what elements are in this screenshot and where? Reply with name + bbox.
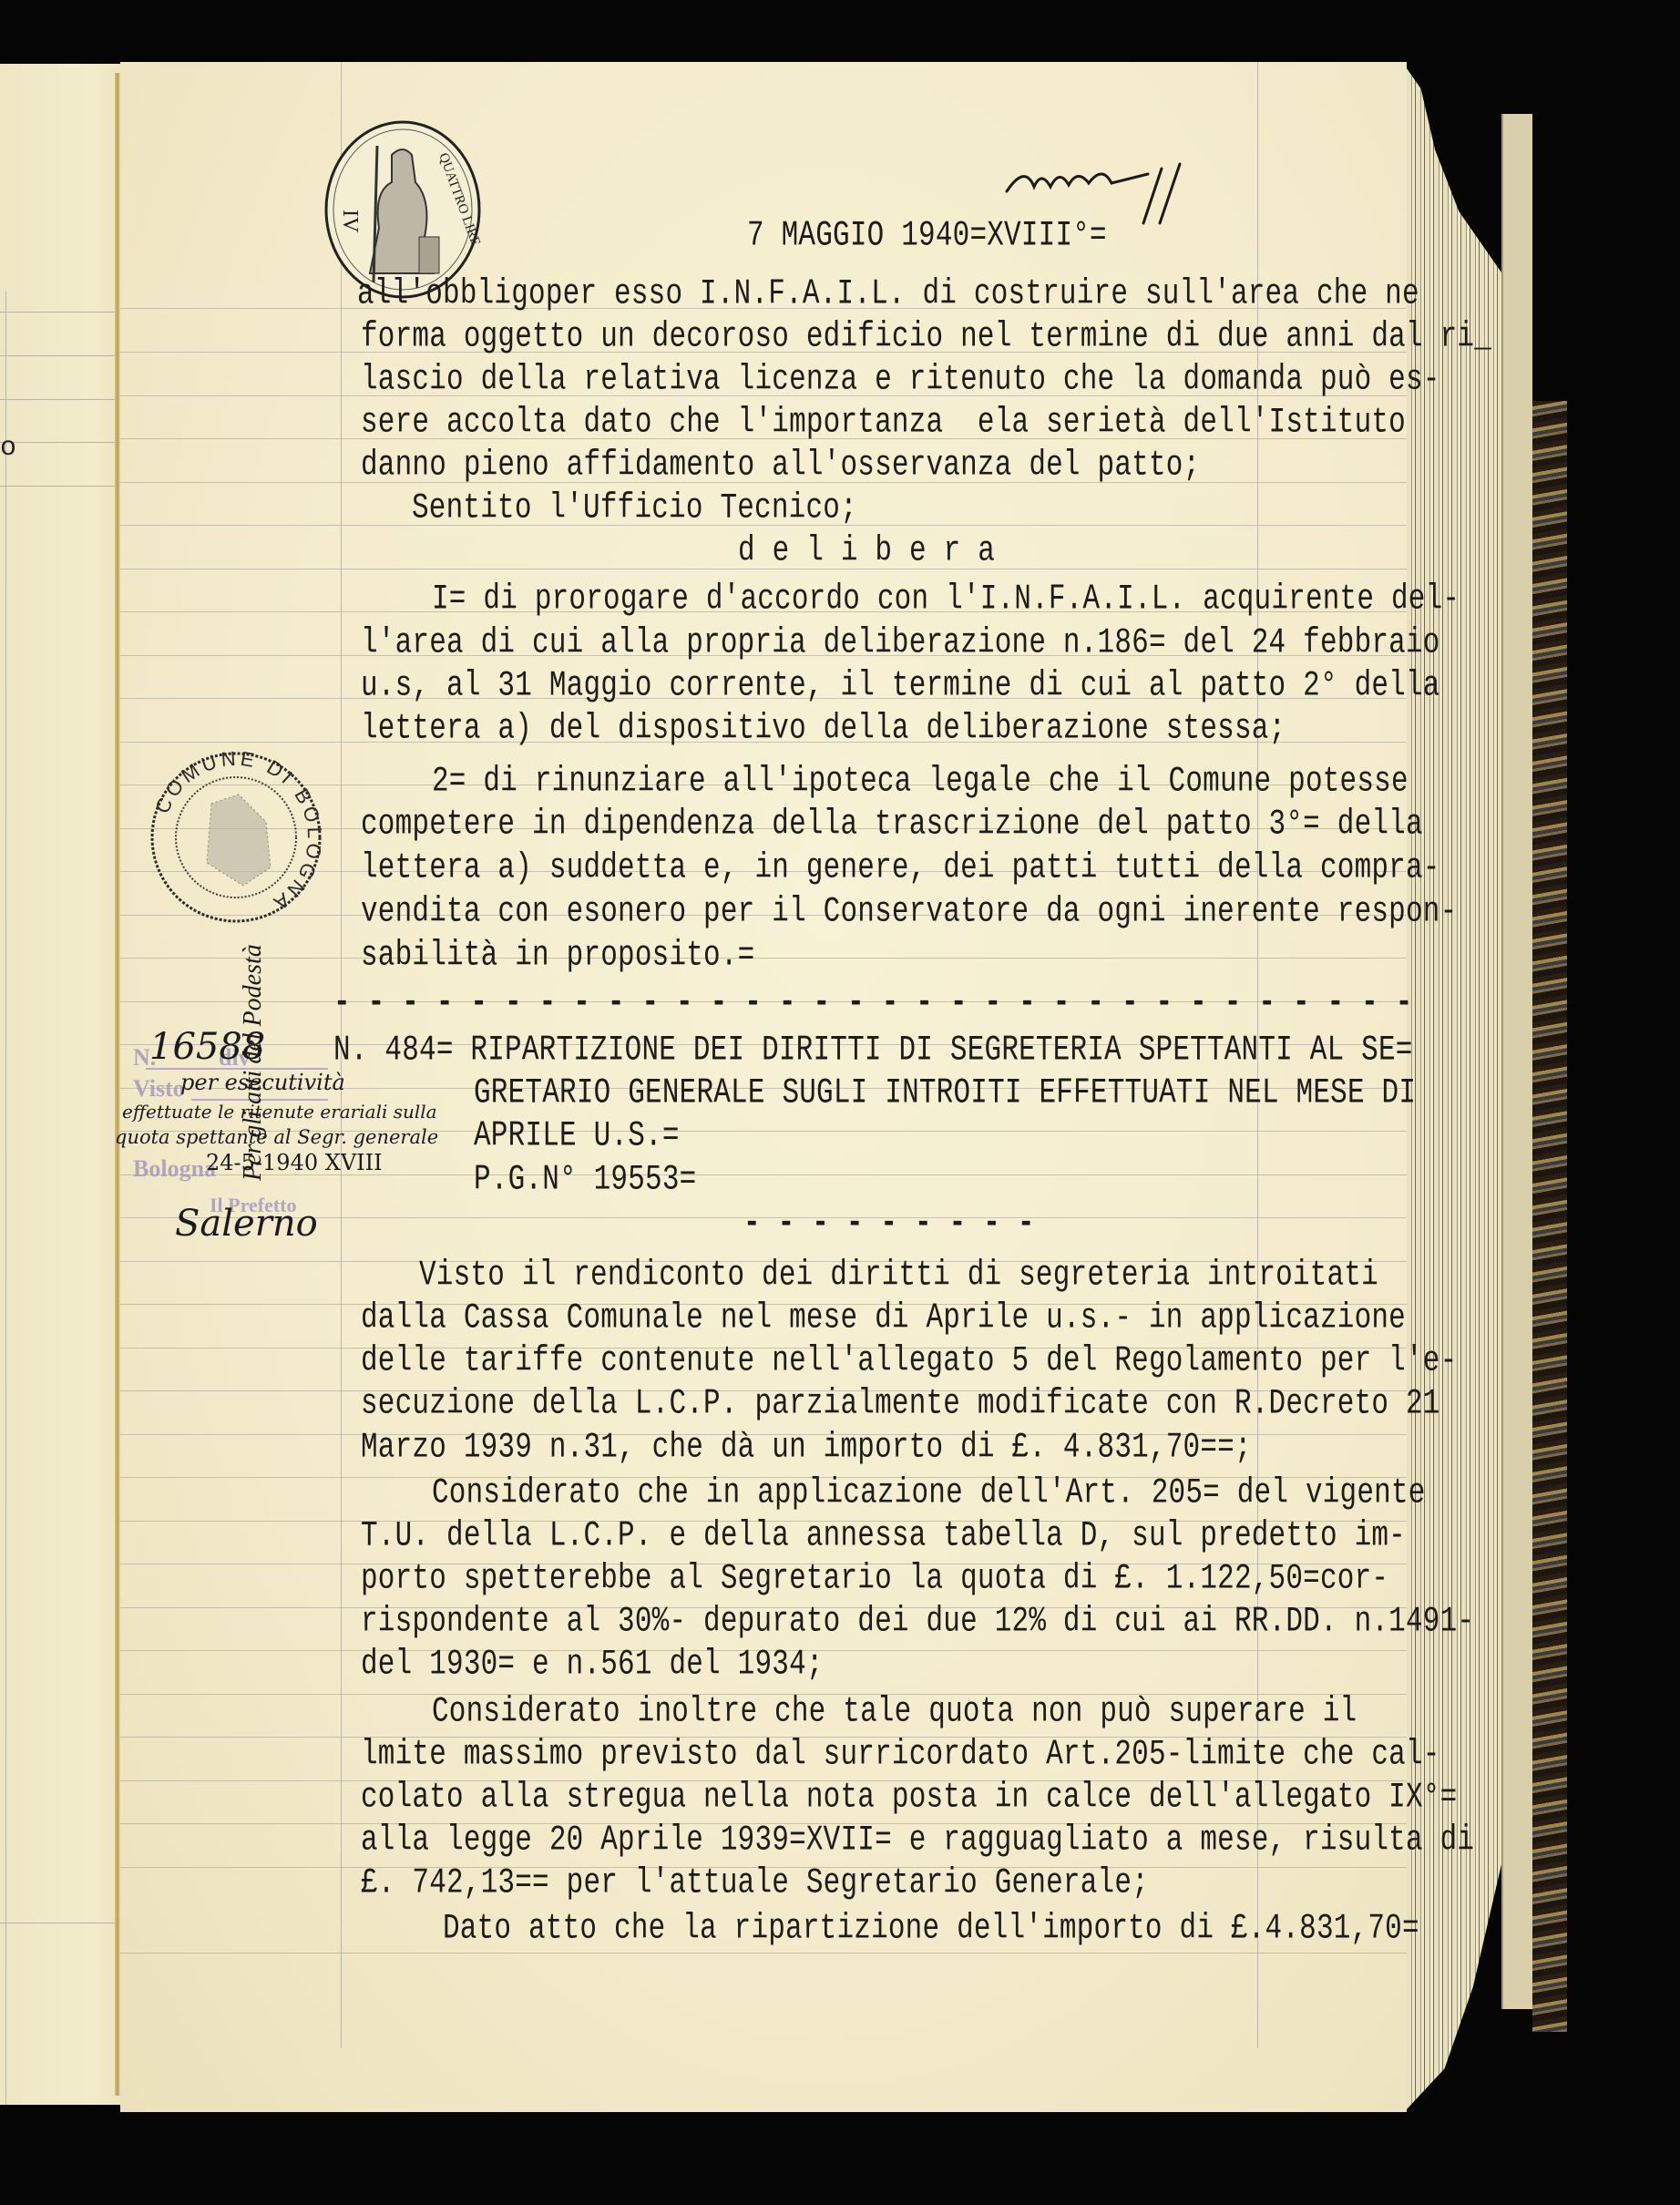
annotation-line: quota spettante al Segr. generale (115, 1126, 438, 1148)
text-line: Dato atto che la ripartizione dell'impor… (443, 1909, 1419, 1949)
stamp-label-visto: Visto (133, 1075, 185, 1102)
text-line: Marzo 1939 n.31, che dà un importo di £.… (361, 1428, 1252, 1468)
text-line: Sentito l'Ufficio Tecnico; (412, 488, 857, 528)
text-line: danno pieno affidamento all'osservanza d… (361, 446, 1200, 486)
delibera-heading: d e l i b e r a (738, 531, 995, 571)
item-title-line: GRETARIO GENERALE SUGLI INTROITI EFFETTU… (474, 1073, 1416, 1113)
marbled-cover (1532, 401, 1567, 2032)
text-line: delle tariffe contenute nell'allegato 5 … (361, 1341, 1457, 1381)
text-line: rispondente al 30%- depurato dei due 12%… (361, 1602, 1474, 1642)
left-page-ruling (0, 486, 117, 487)
signature-top (998, 137, 1189, 228)
text-line: colato alla stregua nella nota posta in … (361, 1778, 1457, 1818)
left-page-ruling (0, 1923, 117, 1923)
text-line: competere in dipendenza della trascrizio… (361, 805, 1423, 845)
cover-edge (1501, 114, 1532, 2009)
text-line: vendita con esonero per il Conservatore … (361, 892, 1457, 932)
podesta-vertical-stamp: Per gli atti del Podestà (239, 944, 268, 1181)
stamp-label-bologna: Bologna (133, 1155, 216, 1183)
annotation-signature: Salerno (175, 1203, 318, 1245)
text-line: del 1930= e n.561 del 1934; (361, 1645, 824, 1685)
text-line: Visto il rendiconto dei diritti di segre… (419, 1256, 1378, 1296)
left-page-ruling (0, 442, 117, 443)
left-page-ruling (0, 355, 117, 356)
text-line: sere accolta dato che l'importanza ela s… (361, 403, 1406, 443)
revenue-stamp: IV QUATTRO LIRE (321, 118, 485, 301)
text-line: u.s, al 31 Maggio corrente, il termine d… (361, 666, 1440, 706)
text-line: Considerato inoltre che tale quota non p… (432, 1692, 1357, 1732)
section-divider: - - - - - - - - - - - - - - - - - - - - … (333, 983, 1413, 1023)
left-page-ruling (0, 312, 117, 313)
text-line: Considerato che in applicazione dell'Art… (432, 1473, 1426, 1513)
text-line: alla legge 20 Aprile 1939=XVII= e raggua… (361, 1820, 1474, 1861)
protocol-number: P.G.N° 19553= (474, 1160, 696, 1200)
text-line: 2= di rinunziare all'ipoteca legale che … (432, 762, 1409, 802)
date-heading: 7 MAGGIO 1940=XVIII°= (747, 216, 1107, 256)
ruling-line (120, 1953, 1407, 1954)
text-line: dalla Cassa Comunale nel mese di Aprile … (361, 1298, 1406, 1338)
text-line: lmite massimo previsto dal surricordato … (361, 1735, 1440, 1775)
text-line: T.U. della L.C.P. e della annessa tabell… (361, 1516, 1406, 1556)
text-line: lettera a) del dispositivo della deliber… (361, 709, 1286, 749)
text-line: sabilità in proposito.= (361, 936, 754, 976)
item-title-line: N. 484= RIPARTIZIONE DEI DIRITTI DI SEGR… (333, 1031, 1413, 1071)
stamp-numeral: IV (338, 210, 362, 233)
text-line: lascio della relativa licenza e ritenuto… (361, 360, 1440, 400)
item-title-line: APRILE U.S.= (474, 1116, 680, 1156)
ruling-line (120, 958, 1407, 959)
text-line: lettera a) suddetta e, in genere, dei pa… (361, 848, 1440, 888)
text-line: l'area di cui alla propria deliberazione… (361, 623, 1440, 663)
left-page-margin-rule (5, 292, 6, 2105)
text-line: porto spetterebbe al Segretario la quota… (361, 1559, 1388, 1599)
short-divider: - - - - - - - - - (743, 1204, 1035, 1244)
text-line: I= di prorogare d'accordo con l'I.N.F.A.… (432, 579, 1460, 620)
text-line: £. 742,13== per l'attuale Segretario Gen… (361, 1863, 1149, 1903)
left-page-fragment: o (0, 433, 16, 464)
municipal-stamp: COMUNE DI BOLOGNA (148, 749, 325, 927)
left-page-ruling (0, 399, 117, 400)
annotation-date: 24-5-1940 XVIII (206, 1150, 383, 1175)
text-line: secuzione della L.C.P. parzialmente modi… (361, 1384, 1440, 1424)
annotation-line: effettuate le ritenute erariali sulla (122, 1101, 437, 1123)
text-line: forma oggetto un decoroso edificio nel t… (361, 317, 1491, 357)
text-line: all'obbligoper esso I.N.F.A.I.L. di cost… (357, 274, 1419, 314)
